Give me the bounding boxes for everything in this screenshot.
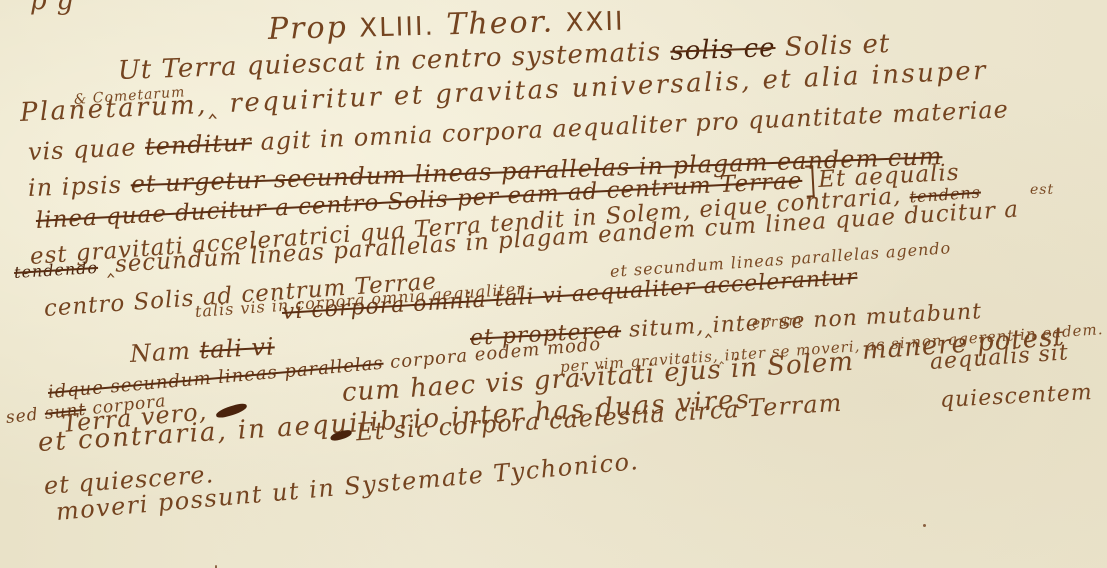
line-text: in ipsis — [28, 170, 132, 202]
manuscript-line-14b: quiescentem — [939, 380, 1093, 413]
interlinear-insertion: est — [1030, 182, 1054, 198]
heading-theor-number: XXII — [565, 7, 625, 39]
deleted-text: solis ce — [670, 33, 776, 67]
manuscript-page: p g Prop XLIII. Theor. XXII Ut Terra qui… — [0, 0, 1107, 568]
deleted-text: tendendo — [14, 258, 99, 282]
heading-theor: Theor. — [446, 5, 555, 43]
pen-mark — [329, 428, 352, 442]
heading-prop: Prop — [268, 10, 349, 47]
line-text: Solis et — [775, 29, 891, 63]
line-text: sed — [5, 404, 46, 428]
line-text: vis quae — [27, 133, 145, 166]
deleted-text: tali vi — [199, 332, 276, 364]
paper-speck — [923, 524, 926, 527]
heading-prop-number: XLIII. — [359, 12, 435, 44]
paper-speck — [580, 378, 583, 381]
manuscript-line-10: Nam tali vi — [129, 332, 275, 368]
deleted-text: tenditur — [144, 128, 252, 161]
line-text: Nam — [129, 336, 200, 368]
top-fragment: p g — [30, 0, 75, 16]
